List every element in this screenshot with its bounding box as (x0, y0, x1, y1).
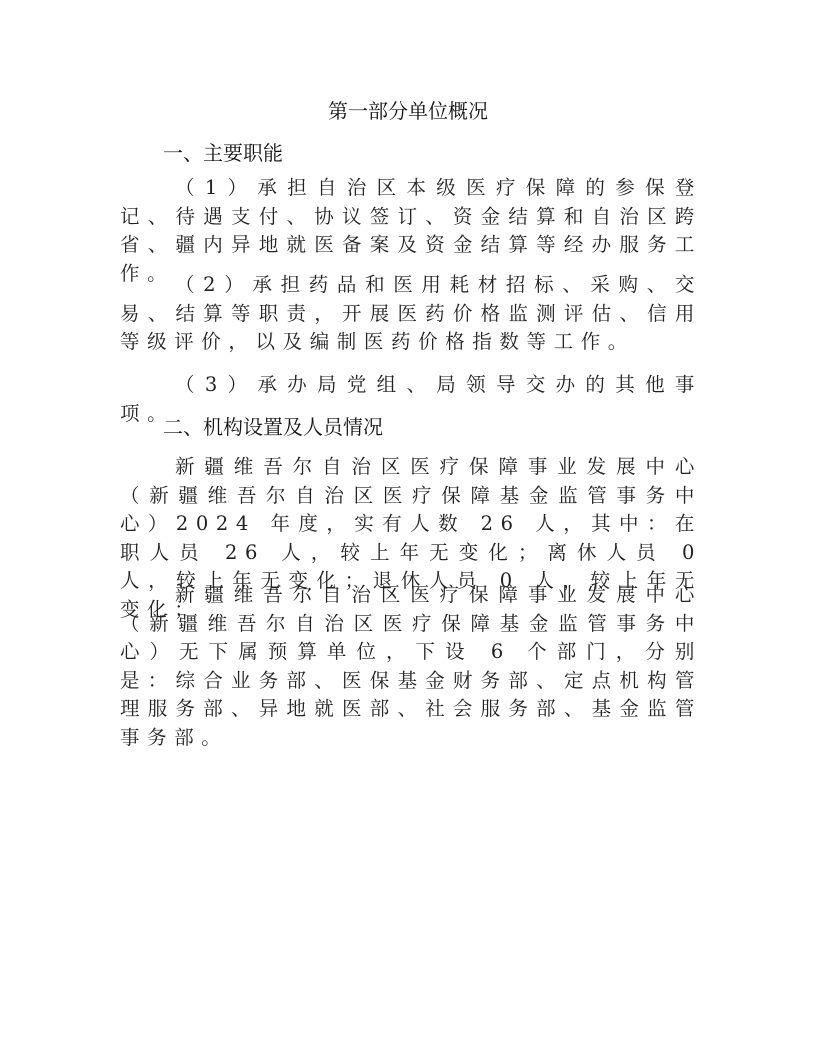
page-title: 第一部分单位概况 (0, 97, 816, 125)
paragraph-departments: 新疆维吾尔自治区医疗保障事业发展中心（新疆维吾尔自治区医疗保障基金监管事务中心）… (120, 581, 702, 753)
paragraph-function-2: （2）承担药品和医用耗材招标、采购、交易、结算等职责，开展医药价格监测评估、信用… (120, 271, 702, 357)
section-heading-main-functions: 一、主要职能 (163, 139, 283, 167)
section-heading-organization-staffing: 二、机构设置及人员情况 (163, 413, 383, 441)
document-page: 第一部分单位概况 一、主要职能 （1）承担自治区本级医疗保障的参保登记、待遇支付… (0, 0, 816, 1056)
